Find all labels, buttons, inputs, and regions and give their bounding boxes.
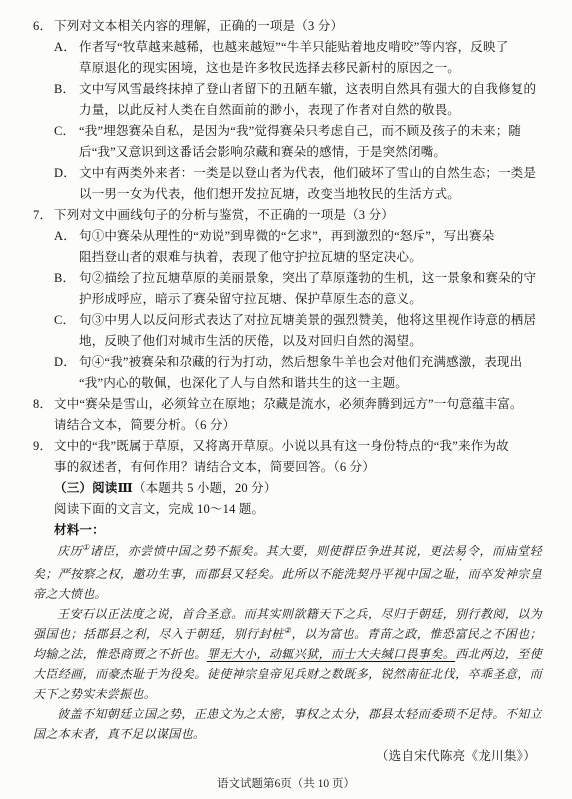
question-6-stem: 6．下列对文本相关内容的理解，正确的一项是（3 分） — [33, 16, 542, 37]
option-7a: A．句①中赛朵从理性的“劝说”到卑微的“乞求”，再到激烈的“怒斥”，写出赛朵 阻… — [33, 226, 542, 268]
question-7-stem: 7．下列对文中画线句子的分析与鉴赏，不正确的一项是（3 分） — [33, 205, 542, 226]
question-number: 9． — [33, 436, 54, 457]
option-text: 句②描绘了拉瓦塘草原的美丽景象，突出了草原蓬勃的生机，这一景象和赛朵的守 — [79, 271, 536, 285]
option-text: 句①中赛朵从理性的“劝说”到卑微的“乞求”，再到激烈的“怒斥”，写出赛朵 — [79, 229, 495, 243]
question-9-line2: 事的叙述者，有何作用？请结合文本，简要回答。（6 分） — [54, 457, 542, 478]
option-6c: C．“我”埋怨赛朵自私，是因为“我”觉得赛朵只考虑自己，而不顾及孩子的未来；随 … — [33, 121, 542, 163]
option-6b: B．文中写风雪最终抹掉了登山者留下的丑陋车辙，这表明自然具有强大的自我修复的 力… — [33, 79, 542, 121]
option-text: “我”埋怨赛朵自私，是因为“我”觉得赛朵只考虑自己，而不顾及孩子的未来；随 — [79, 124, 521, 138]
question-6: 6．下列对文本相关内容的理解，正确的一项是（3 分） A．作者写“牧草越来越稀，… — [33, 16, 542, 205]
option-7c: C．句③中男人以反问形式表达了对拉瓦塘美景的强烈赞美，他将这里视作诗意的栖居 地… — [33, 310, 542, 352]
option-text: 文中写风雪最终抹掉了登山者留下的丑陋车辙，这表明自然具有强大的自我修复的 — [79, 82, 536, 96]
question-stem-text: 下列对文中画线句子的分析与鉴赏，不正确的一项是（3 分） — [54, 208, 394, 222]
option-text: 后“我”又意识到这番话会影响尕藏和赛朵的感情，于是突然闭嘴。 — [79, 142, 542, 163]
question-number: 6． — [33, 16, 54, 37]
text-run: 诸臣，亦尝愤中国之势不振矣。其大要，则使群臣争进其说，更法 — [90, 544, 454, 558]
page-footer: 语文试题第6页（共 10 页） — [0, 775, 572, 791]
option-text: 作者写“牧草越来越稀，也越来越短”“牛羊只能贴着地皮啃咬”等内容，反映了 — [79, 40, 508, 54]
footnote-marker-1: ① — [82, 543, 90, 552]
option-6d: D．文中有两类外来者：一类是以登山者为代表，他们破坏了雪山的自然生态；一类是 以… — [33, 163, 542, 205]
option-text: 草原退化的现实困境，这也是许多牧民选择去移民新村的原因之一。 — [79, 58, 542, 79]
section-title-detail: （本题共 5 小题，20 分） — [133, 481, 277, 495]
classical-text-area: 庆历①诸臣，亦尝愤中国之势不振矣。其大要，则使群臣争进其说，更法易令，而庙堂轻矣… — [33, 541, 542, 766]
question-8-line2: 请结合文本，简要分析。（6 分） — [54, 415, 542, 436]
option-6a: A．作者写“牧草越来越稀，也越来越短”“牛羊只能贴着地皮啃咬”等内容，反映了 草… — [33, 37, 542, 79]
classical-paragraph-2: 王安石以正法度之说，首合圣意。而其实则欲籍天下之兵，尽归于朝廷，别行教阅，以为强… — [33, 604, 542, 704]
underlined-sentence: 罪无大小，动辄兴狱，而士大夫缄口畏事矣。 — [207, 647, 455, 661]
question-7: 7．下列对文中画线句子的分析与鉴赏，不正确的一项是（3 分） A．句①中赛朵从理… — [33, 205, 542, 394]
option-text: 力量，以此反衬人类在自然面前的渺小，表现了作者对自然的敬畏。 — [79, 100, 542, 121]
question-stem-text: 文中“赛朵是雪山，必须耸立在原地；尕藏是流水，必须奔腾到远方”一句意蕴丰富。 — [54, 397, 523, 411]
option-text: 护形成呼应，暗示了赛朵留守拉瓦塘、保护草原生态的意义。 — [79, 289, 542, 310]
option-label: C． — [54, 310, 79, 331]
question-stem-text: 文中的“我”既属于草原，又将离开草原。小说以具有这一身份特点的“我”来作为故 — [54, 439, 509, 453]
section-3-heading: （三）阅读Ⅲ（本题共 5 小题，20 分） — [54, 478, 542, 499]
source-attribution: （选自宋代陈亮《龙川集》） — [33, 746, 536, 766]
emphasized-char: 易 — [454, 544, 467, 558]
option-7b: B．句②描绘了拉瓦塘草原的美丽景象，突出了草原蓬勃的生机，这一景象和赛朵的守 护… — [33, 268, 542, 310]
option-text: 句④“我”被赛朵和尕藏的行为打动，然后想象牛羊也会对他们充满感激，表现出 — [79, 355, 522, 369]
option-label: B． — [54, 79, 79, 100]
option-label: D． — [54, 352, 79, 373]
option-label: C． — [54, 121, 79, 142]
option-text: 以一男一女为代表，他们想开发拉瓦塘，改变当地牧民的生活方式。 — [79, 184, 542, 205]
option-text: 地，反映了他们对城市生活的厌倦，以及对回归自然的渴望。 — [79, 331, 542, 352]
question-8: 8．文中“赛朵是雪山，必须耸立在原地；尕藏是流水，必须奔腾到远方”一句意蕴丰富。… — [33, 394, 542, 436]
option-label: A． — [54, 37, 79, 58]
questions-area: 6．下列对文本相关内容的理解，正确的一项是（3 分） A．作者写“牧草越来越稀，… — [33, 16, 542, 541]
option-label: D． — [54, 163, 79, 184]
question-stem-text: 下列对文本相关内容的理解，正确的一项是（3 分） — [54, 19, 343, 33]
classical-paragraph-1: 庆历①诸臣，亦尝愤中国之势不振矣。其大要，则使群臣争进其说，更法易令，而庙堂轻矣… — [33, 541, 542, 604]
text-run: 庆历 — [57, 544, 82, 558]
material-1-label: 材料一： — [54, 520, 542, 541]
option-text: 阻挡登山者的艰难与执着，表现了他守护拉瓦塘的坚定决心。 — [79, 247, 542, 268]
option-text: 文中有两类外来者：一类是以登山者为代表，他们破坏了雪山的自然生态；一类是 — [79, 166, 536, 180]
question-number: 8． — [33, 394, 54, 415]
option-text: “我”内心的敬佩，也深化了人与自然和谐共生的这一主题。 — [79, 373, 542, 394]
question-number: 7． — [33, 205, 54, 226]
option-label: B． — [54, 268, 79, 289]
question-9-line1: 9．文中的“我”既属于草原，又将离开草原。小说以具有这一身份特点的“我”来作为故 — [33, 436, 542, 457]
option-label: A． — [54, 226, 79, 247]
option-7d: D．句④“我”被赛朵和尕藏的行为打动，然后想象牛羊也会对他们充满感激，表现出 “… — [33, 352, 542, 394]
question-9: 9．文中的“我”既属于草原，又将离开草原。小说以具有这一身份特点的“我”来作为故… — [33, 436, 542, 478]
exam-page: 6．下列对文本相关内容的理解，正确的一项是（3 分） A．作者写“牧草越来越稀，… — [0, 0, 572, 799]
section-title: （三）阅读Ⅲ — [54, 481, 133, 495]
classical-paragraph-3: 彼盖不知朝廷立国之势，正患文为之太密，事权之太分，郡县太轻而委琐不足恃。不知立国… — [33, 704, 542, 744]
section-3-instruction: 阅读下面的文言文，完成 10～14 题。 — [54, 499, 542, 520]
option-text: 句③中男人以反问形式表达了对拉瓦塘美景的强烈赞美，他将这里视作诗意的栖居 — [79, 313, 536, 327]
question-8-line1: 8．文中“赛朵是雪山，必须耸立在原地；尕藏是流水，必须奔腾到远方”一句意蕴丰富。 — [33, 394, 542, 415]
